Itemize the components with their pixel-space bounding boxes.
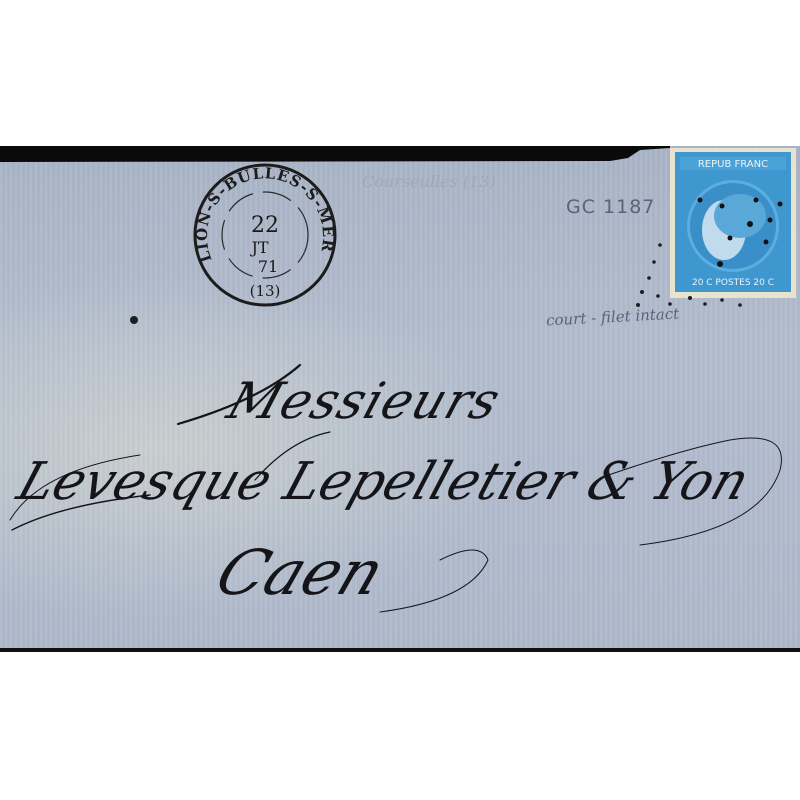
faint-pencil-note: Courseulles (13) [362,172,496,191]
address-recipient: Levesque Lepelletier & Yon [10,452,756,512]
bottom-edge [0,648,800,652]
stamp-top-text: REPUB FRANC [698,159,768,170]
stamp-bottom-text: 20 C POSTES 20 C [692,278,774,288]
postmark-year: 71 [258,257,278,276]
pencil-gc-number: GC 1187 [566,196,655,218]
address-salutation: Messieurs [221,372,508,430]
postmark-day: 22 [251,213,279,238]
circular-postmark: LION-S-BULLES-S-MER 22 JT 71 (13) [190,160,340,310]
address-city: Caen [207,536,395,609]
postage-stamp: REPUB FRANC 20 C POSTES 20 C [670,148,796,298]
postmark-department: (13) [250,282,281,300]
postmark-month: JT [249,238,268,257]
